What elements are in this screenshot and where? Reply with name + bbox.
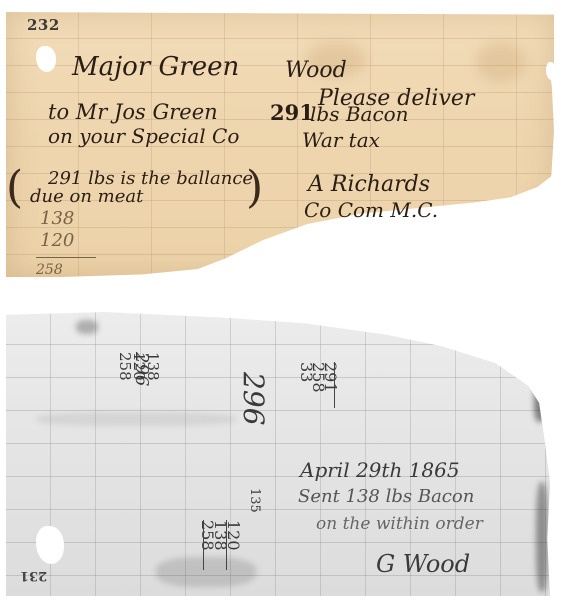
addressee-suffix: Wood	[285, 58, 347, 83]
left-bracket: (	[6, 162, 23, 213]
paper-tear	[546, 62, 556, 80]
tax-line: War tax	[302, 128, 380, 152]
calc-sum: 258	[36, 262, 63, 278]
sum-line	[226, 520, 227, 570]
calc-b: 120	[40, 230, 74, 251]
sum-line	[334, 362, 335, 408]
addressee: Major Green	[72, 52, 239, 82]
recipient-line: to Mr Jos Green	[48, 100, 218, 124]
sum-line	[36, 257, 96, 258]
vertical-figure-col2: 296	[237, 372, 270, 425]
edge-shadow	[536, 482, 548, 592]
page-number-inverted: 231	[20, 568, 47, 583]
figure: 258	[118, 352, 132, 381]
calc-a: 138	[40, 208, 74, 229]
received-line-2: on the within order	[316, 514, 483, 534]
ink-blot	[76, 320, 98, 334]
item-line: lbs Bacon	[310, 102, 409, 126]
quantity: 291	[270, 100, 314, 125]
lower-figure-a: 135	[247, 488, 262, 513]
signature-title: Co Com M.C.	[304, 198, 438, 222]
smudge	[156, 557, 256, 587]
stain	[476, 42, 526, 82]
sum-line	[203, 520, 204, 570]
paper-hole	[36, 526, 64, 564]
received-line: Sent 138 lbs Bacon	[298, 486, 474, 507]
paper-hole	[36, 46, 56, 72]
back-signature: G Wood	[376, 550, 470, 578]
signature-name: A Richards	[308, 172, 430, 197]
account-line: on your Special Co	[48, 124, 239, 148]
page-number: 232	[27, 16, 60, 34]
vertical-figures-col3: 291 258 33	[300, 362, 336, 393]
vertical-figure-col1b: 296	[134, 352, 148, 386]
right-bracket: )	[246, 162, 263, 213]
lower-figures-stack: 120 138 258	[201, 520, 240, 551]
date-line: April 29th 1865	[300, 458, 460, 482]
edge-shadow	[534, 382, 546, 422]
stain	[526, 192, 546, 222]
balance-note-line2: due on meat	[30, 186, 143, 207]
smudge	[36, 412, 236, 426]
